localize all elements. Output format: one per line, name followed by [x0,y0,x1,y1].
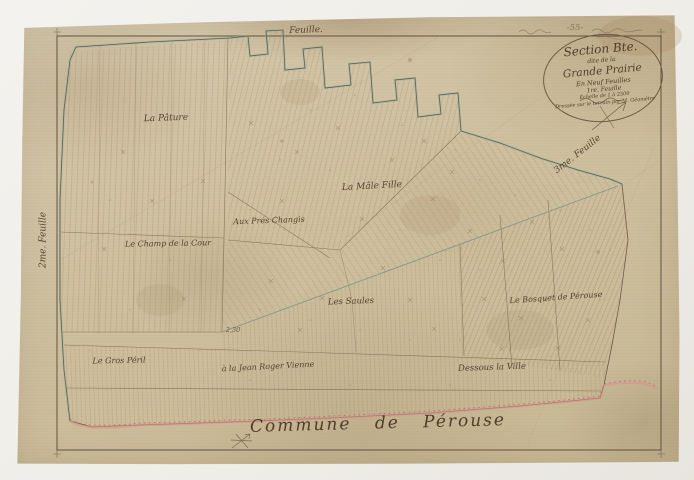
sheet-note-left: 2me. Feuille [40,212,49,268]
parcel-label: La Pâture [144,114,189,125]
parcel-label: Le Gros Péril [92,357,145,366]
parcel-hatching [60,30,628,427]
parcel-label: Dessous la Ville [458,363,526,374]
parcel-label: Les Saules [328,297,374,307]
scanned-map-sheet: Section Bte. dite de la Grande Prairie E… [0,0,694,480]
parcel-label: Le Champ de la Cour [125,239,211,249]
measure-label: 2,30 [226,327,240,334]
sheet-note-top: Feuille. [289,26,323,36]
pencil-note: -55- [567,24,584,33]
compass-doodle [231,434,252,448]
